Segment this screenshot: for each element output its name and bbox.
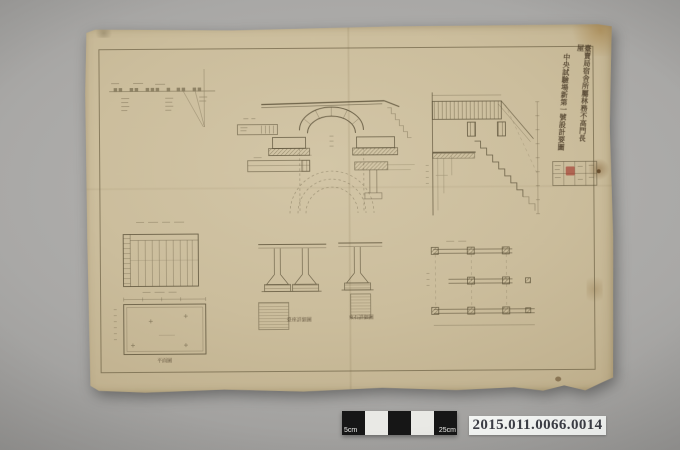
catalog-number: 2015.011.0066.0014 [472, 417, 602, 434]
label-plan-bottom: 平面圖 [157, 357, 172, 364]
label-pedestal-detail-left: 臺座詳細圖 [287, 316, 312, 323]
seal-stamp [566, 166, 575, 175]
photo-scale-bar: 5cm 25cm [342, 411, 457, 435]
framing-plan-drawing [426, 241, 535, 326]
pencil-linework [85, 24, 615, 394]
scale-square-white-1 [365, 411, 388, 435]
title-block-table [553, 161, 597, 185]
arch-section-drawing [237, 101, 415, 214]
scale-square-white-2 [411, 411, 434, 435]
scale-label-5cm: 5cm [344, 427, 357, 435]
drawing-border [99, 46, 595, 372]
scale-square-black-2 [388, 411, 411, 435]
scale-square-black-3: 25cm [434, 411, 457, 435]
label-pedestal-detail-right: 束石詳細圖 [349, 314, 374, 321]
catalog-number-plate: 2015.011.0066.0014 [469, 416, 606, 435]
photo-of-archival-drawing: { "catalog": { "number": "2015.011.0066.… [0, 0, 680, 450]
scale-square-black-1: 5cm [342, 411, 365, 435]
drawing-sheet-wrap: 臺賣局宿舍所屬林務不高門長屋 中央試驗場新第一號設計要圖 臺座詳細圖 束石詳細圖… [85, 24, 615, 394]
staircase-section-drawing [425, 92, 540, 216]
schedule-diagram [109, 69, 215, 128]
scale-label-25cm: 25cm [439, 427, 456, 435]
drawing-sheet: 臺賣局宿舍所屬林務不高門長屋 中央試驗場新第一號設計要圖 臺座詳細圖 束石詳細圖… [85, 24, 615, 394]
floor-plans-drawing [113, 222, 206, 355]
